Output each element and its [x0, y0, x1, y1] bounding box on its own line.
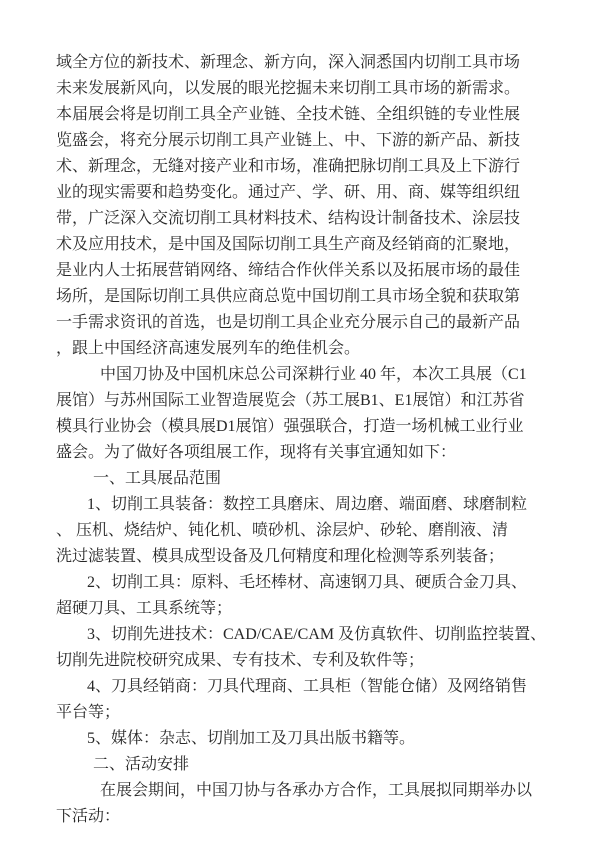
page: 域全方位的新技术、新理念、新方向，深入洞悉国内切削工具市场未来发展新风向，以发展… — [0, 0, 589, 849]
text-line: 2、切削工具：原料、毛坯棒材、高速钢刀具、硬质合金刀具、 — [56, 570, 538, 596]
text-line: 术及应用技术，是中国及国际切削工具生产商及经销商的汇聚地， — [56, 232, 538, 258]
text-line: 域全方位的新技术、新理念、新方向，深入洞悉国内切削工具市场 — [56, 50, 538, 76]
text-line: 一手需求资讯的首选，也是切削工具企业充分展示自己的最新产品 — [56, 310, 538, 336]
text-line: 中国刀协及中国机床总公司深耕行业 40 年，本次工具展（C1 — [56, 362, 538, 388]
text-line: 一、工具展品范围 — [56, 466, 538, 492]
text-line: 超硬刀具、工具系统等； — [56, 596, 538, 622]
text-line: 5、媒体：杂志、切削加工及刀具出版书籍等。 — [56, 726, 538, 752]
text-line: 二、活动安排 — [56, 752, 538, 778]
text-line: 展馆）与苏州国际工业智造展览会（苏工展B1、E1展馆）和江苏省 — [56, 388, 538, 414]
text-line: 场所，是国际切削工具供应商总览中国切削工具市场全貌和获取第 — [56, 284, 538, 310]
text-line: 览盛会，将充分展示切削工具产业链上、中、下游的新产品、新技 — [56, 128, 538, 154]
text-line: 平台等； — [56, 700, 538, 726]
text-line: 是业内人士拓展营销网络、缔结合作伙伴关系以及拓展市场的最佳 — [56, 258, 538, 284]
text-line: 1、切削工具装备：数控工具磨床、周边磨、端面磨、球磨制粒 — [56, 492, 538, 518]
text-line: 切削先进院校研究成果、专有技术、专利及软件等； — [56, 648, 538, 674]
text-line: 带，广泛深入交流切削工具材料技术、结构设计制备技术、涂层技 — [56, 206, 538, 232]
text-line: 4、刀具经销商：刀具代理商、工具柜（智能仓储）及网络销售 — [56, 674, 538, 700]
text-line: 模具行业协会（模具展D1展馆）强强联合，打造一场机械工业行业 — [56, 414, 538, 440]
text-line: 盛会。为了做好各项组展工作，现将有关事宜通知如下： — [56, 440, 538, 466]
text-line: ，跟上中国经济高速发展列车的绝佳机会。 — [56, 336, 538, 362]
text-line: 、 压机、烧结炉、钝化机、喷砂机、涂层炉、砂轮、磨削液、清 — [56, 518, 538, 544]
text-line: 下活动： — [56, 804, 538, 830]
text-line: 洗过滤装置、模具成型设备及几何精度和理化检测等系列装备； — [56, 544, 538, 570]
text-line: 3、切削先进技术：CAD/CAE/CAM 及仿真软件、切削监控装置、 — [56, 622, 538, 648]
text-line: 未来发展新风向，以发展的眼光挖掘未来切削工具市场的新需求。 — [56, 76, 538, 102]
text-line: 业的现实需要和趋势变化。通过产、学、研、用、商、媒等组织纽 — [56, 180, 538, 206]
text-line: 在展会期间，中国刀协与各承办方合作，工具展拟同期举办以 — [56, 778, 538, 804]
document-body: 域全方位的新技术、新理念、新方向，深入洞悉国内切削工具市场未来发展新风向，以发展… — [56, 50, 538, 830]
text-line: 本届展会将是切削工具全产业链、全技术链、全组织链的专业性展 — [56, 102, 538, 128]
text-line: 术、新理念，无缝对接产业和市场，准确把脉切削工具及上下游行 — [56, 154, 538, 180]
